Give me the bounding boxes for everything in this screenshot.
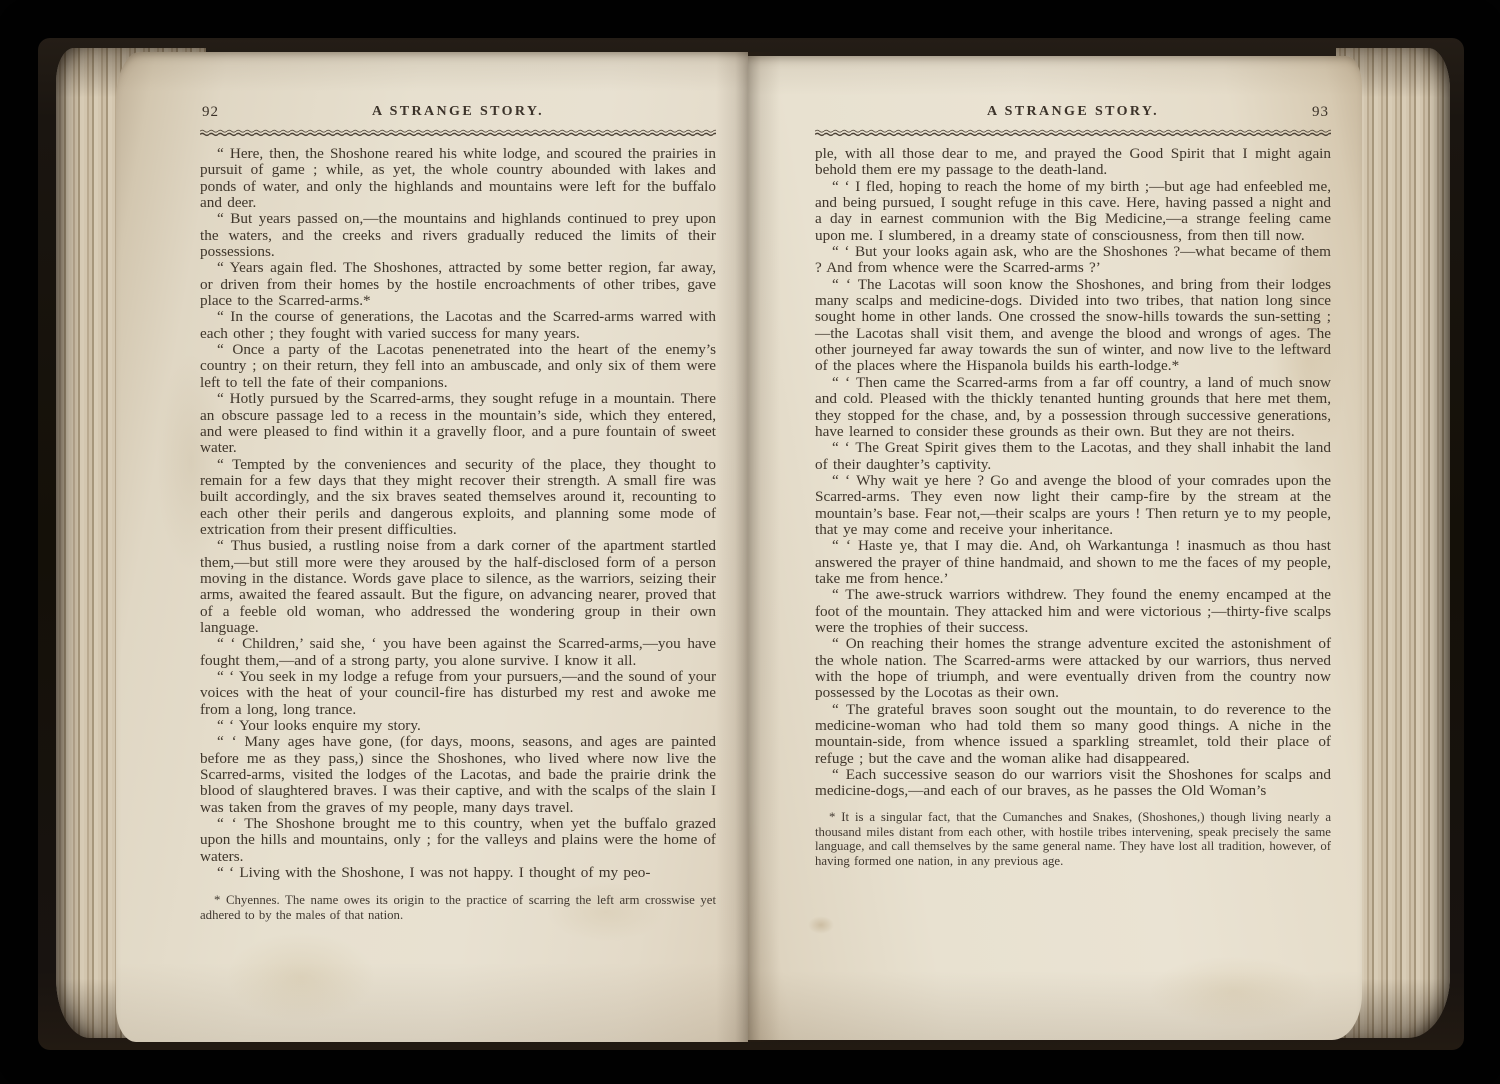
paragraph: “ ‘ But your looks again ask, who are th…: [815, 244, 1331, 277]
paragraph: “ The awe-struck warriors withdrew. They…: [815, 587, 1331, 636]
paragraph: “ Hotly pursued by the Scarred-arms, the…: [200, 391, 716, 456]
left-page-header: 92 A STRANGE STORY.: [200, 104, 716, 126]
paragraph: “ ‘ Your looks enquire my story.: [200, 718, 716, 734]
paragraph: “ ‘ The Shoshone brought me to this coun…: [200, 816, 716, 865]
page-number: 93: [1312, 104, 1329, 121]
left-page-text: 92 A STRANGE STORY. “ Here, then, the Sh…: [200, 104, 716, 923]
paragraph: “ ‘ Why wait ye here ? Go and avenge the…: [815, 473, 1331, 538]
paragraph: ple, with all those dear to me, and pray…: [815, 146, 1331, 179]
paragraph: “ ‘ The Great Spirit gives them to the L…: [815, 440, 1331, 473]
book-photo: { "book": { "colors": { "background": "#…: [0, 0, 1500, 1084]
paragraph: “ ‘ Then came the Scarred-arms from a fa…: [815, 375, 1331, 440]
paragraph: “ The grateful braves soon sought out th…: [815, 702, 1331, 767]
footnote: * Chyennes. The name owes its origin to …: [200, 893, 716, 923]
paragraph: “ But years passed on,—the mountains and…: [200, 211, 716, 260]
right-page-text: 93 A STRANGE STORY. ple, with all those …: [815, 104, 1331, 869]
paragraph: “ In the course of generations, the Laco…: [200, 309, 716, 342]
paragraph: “ ‘ You seek in my lodge a refuge from y…: [200, 669, 716, 718]
paragraph: “ Tempted by the conveniences and securi…: [200, 457, 716, 539]
paragraph: “ ‘ The Lacotas will soon know the Shosh…: [815, 277, 1331, 375]
left-page-body: “ Here, then, the Shoshone reared his wh…: [200, 146, 716, 881]
paragraph: “ ‘ Many ages have gone, (for days, moon…: [200, 734, 716, 816]
paragraph: “ Years again fled. The Shoshones, attra…: [200, 260, 716, 309]
paragraph: “ On reaching their homes the strange ad…: [815, 636, 1331, 701]
paragraph: “ ‘ Children,’ said she, ‘ you have been…: [200, 636, 716, 669]
paragraph: “ ‘ Living with the Shoshone, I was not …: [200, 865, 716, 881]
header-rule: [815, 129, 1331, 137]
paragraph: “ Each successive season do our warriors…: [815, 767, 1331, 800]
footnote: * It is a singular fact, that the Cumanc…: [815, 810, 1331, 869]
running-title: A STRANGE STORY.: [200, 104, 716, 120]
page-number: 92: [202, 104, 219, 121]
right-page-header: 93 A STRANGE STORY.: [815, 104, 1331, 126]
header-rule: [200, 129, 716, 137]
paragraph: “ ‘ I fled, hoping to reach the home of …: [815, 179, 1331, 244]
running-title: A STRANGE STORY.: [815, 104, 1331, 120]
right-page-body: ple, with all those dear to me, and pray…: [815, 146, 1331, 800]
paragraph: “ ‘ Haste ye, that I may die. And, oh Wa…: [815, 538, 1331, 587]
paragraph: “ Here, then, the Shoshone reared his wh…: [200, 146, 716, 211]
paragraph: “ Thus busied, a rustling noise from a d…: [200, 538, 716, 636]
paragraph: “ Once a party of the Lacotas penenetrat…: [200, 342, 716, 391]
